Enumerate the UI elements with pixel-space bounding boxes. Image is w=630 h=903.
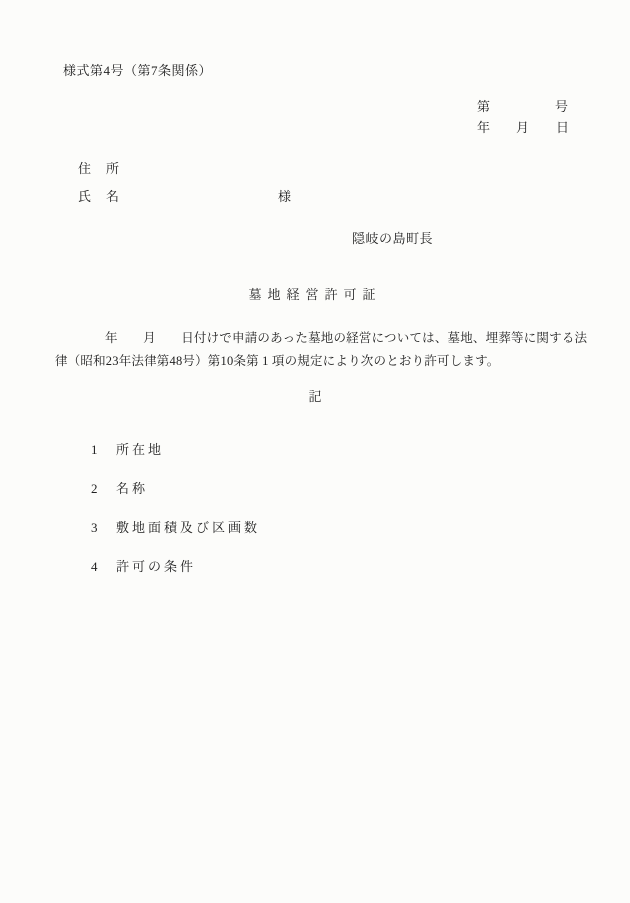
item-number: 3 — [91, 521, 116, 536]
date-day-label: 日 — [556, 121, 569, 136]
item-number: 4 — [91, 560, 116, 575]
permit-document-page: 様式第4号（第7条関係） 第 号 年 月 日 住 所 氏 名 様 隠岐の島町長 … — [0, 0, 630, 903]
list-item-conditions: 4許可の条件 — [78, 545, 196, 590]
date-month-label: 月 — [516, 121, 529, 136]
recipient-address-label: 住 所 — [78, 162, 120, 177]
body-paragraph-line-2: 律（昭和23年法律第48号）第10条第 1 項の規定により次のとおり許可します。 — [55, 354, 500, 368]
item-number: 2 — [91, 482, 116, 497]
item-label: 敷地面積及び区画数 — [116, 520, 260, 535]
form-number: 様式第4号（第7条関係） — [63, 64, 212, 79]
item-label: 許可の条件 — [116, 559, 196, 574]
issuer-signature: 隠岐の島町長 — [352, 232, 433, 247]
item-label: 所在地 — [116, 442, 164, 457]
record-heading: 記 — [0, 390, 630, 405]
recipient-name-label: 氏 名 — [78, 190, 120, 205]
date-year-label: 年 — [477, 121, 490, 136]
document-number-suffix: 号 — [555, 100, 568, 115]
document-number-prefix: 第 — [477, 100, 490, 115]
recipient-honorific: 様 — [278, 190, 291, 205]
item-label: 名称 — [116, 481, 148, 496]
item-number: 1 — [91, 443, 116, 458]
body-paragraph-line-1: 年 月 日付けで申請のあった墓地の経営については、墓地、埋葬等に関する法 — [105, 331, 587, 345]
document-title: 墓地経営許可証 — [0, 288, 630, 303]
